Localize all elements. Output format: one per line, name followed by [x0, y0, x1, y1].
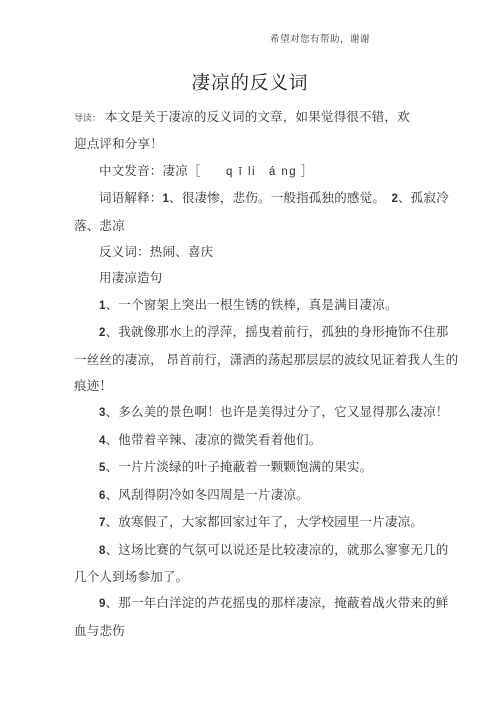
doc-line: 血与悲伤: [74, 618, 444, 644]
doc-line: 词语解释：1、很凄惨，悲伤。一般指孤独的感觉。 2、孤寂冷: [74, 185, 444, 212]
line-text: 、孤寂冷: [398, 191, 449, 205]
line-text: 用凄凉造句: [99, 271, 163, 285]
line-text: 迎点评和分享！: [74, 137, 163, 151]
line-text: 、风刮得阴冷如冬四周是一片凄凉。: [106, 488, 309, 502]
num-text: 6: [99, 490, 106, 502]
doc-line: 4、他带着辛辣、凄凉的微笑看着他们。: [74, 427, 444, 454]
header-note: 希望对您有帮助，谢谢: [270, 34, 370, 46]
line-text: 、多么美的景色啊！也许是美得过分了，它又显得那么凄凉！: [106, 405, 449, 419]
doc-line: 3、多么美的景色啊！也许是美得过分了，它又显得那么凄凉！: [74, 399, 444, 426]
doc-line: 痕迹！: [74, 373, 444, 399]
doc-line: 迎点评和分享！: [74, 131, 444, 157]
doc-body: 导读：本文是关于凄凉的反义词的文章，如果觉得很不错，欢迎点评和分享！中文发音：凄…: [74, 104, 444, 644]
doc-line: 落、悲凉: [74, 213, 444, 239]
pinyin-text: q ī li: [226, 166, 256, 178]
line-text: 中文发音：凄凉［: [99, 164, 226, 178]
line-text: 落、悲凉: [74, 219, 125, 233]
doc-line: 用凄凉造句: [74, 265, 444, 291]
doc-line: 1、一个窗架上突出一根生锈的铁棒，真是满目凄凉。: [74, 292, 444, 319]
doc-line: 反义词：热闹、喜庆: [74, 239, 444, 265]
line-text: 、这场比赛的气氛可以说还是比较凄凉的，就那么寥寥无几的: [106, 543, 449, 557]
num-text: 9: [99, 598, 106, 610]
line-text: 词语解释：: [99, 191, 163, 205]
num-text: 1: [99, 300, 106, 312]
doc-line: 5、一片片淡绿的叶子掩蔽着一颗颗饱满的果实。: [74, 454, 444, 481]
num-text: 2: [99, 327, 106, 339]
num-text: 8: [99, 545, 106, 557]
num-text: 7: [99, 517, 106, 529]
document-page: 希望对您有帮助，谢谢 凄凉的反义词 导读：本文是关于凄凉的反义词的文章，如果觉得…: [0, 0, 500, 708]
line-text: 、他带着辛辣、凄凉的微笑看着他们。: [106, 433, 322, 447]
doc-line: 2、我就像那水上的浮萍，摇曳着前行，孤独的身形掩饰不住那: [74, 319, 444, 346]
num-text: 5: [99, 462, 106, 474]
line-text: [256, 164, 269, 178]
doc-line: 中文发音：凄凉［ q ī li á ng ］: [74, 158, 444, 185]
lead-text: 导读：: [74, 113, 101, 123]
line-text: 、我就像那水上的浮萍，摇曳着前行，孤独的身形掩饰不住那: [106, 325, 449, 339]
num-text: 4: [99, 435, 106, 447]
doc-line: 7、放寒假了，大家都回家过年了，大学校园里一片凄凉。: [74, 509, 444, 536]
line-text: ］: [297, 164, 313, 178]
line-text: [379, 191, 392, 205]
doc-line: 导读：本文是关于凄凉的反义词的文章，如果觉得很不错，欢: [74, 104, 444, 131]
line-text: 、那一年白洋淀的芦花摇曳的那样凄凉，掩蔽着战火带来的鲜: [106, 596, 449, 610]
line-text: 一丝丝的凄凉， 昂首前行，潇洒的荡起那层层的波纹见证着我人生的: [74, 353, 458, 367]
doc-line: 8、这场比赛的气氛可以说还是比较凄凉的，就那么寥寥无几的: [74, 537, 444, 564]
line-text: 、一片片淡绿的叶子掩蔽着一颗颗饱满的果实。: [106, 460, 373, 474]
line-text: 、很凄惨，悲伤。一般指孤独的感觉。: [169, 191, 379, 205]
line-text: 本文是关于凄凉的反义词的文章，如果觉得很不错，欢: [105, 110, 410, 124]
line-text: 几个人到场参加了。: [74, 570, 188, 584]
doc-line: 6、风刮得阴冷如冬四周是一片凄凉。: [74, 482, 444, 509]
num-text: 3: [99, 407, 106, 419]
pinyin-text: á ng: [269, 166, 297, 178]
doc-line: 几个人到场参加了。: [74, 564, 444, 590]
line-text: 、一个窗架上突出一根生锈的铁棒，真是满目凄凉。: [106, 298, 398, 312]
doc-line: 9、那一年白洋淀的芦花摇曳的那样凄凉，掩蔽着战火带来的鲜: [74, 590, 444, 617]
line-text: 痕迹！: [74, 379, 112, 393]
doc-line: 一丝丝的凄凉， 昂首前行，潇洒的荡起那层层的波纹见证着我人生的: [74, 347, 444, 373]
line-text: 、放寒假了，大家都回家过年了，大学校园里一片凄凉。: [106, 515, 424, 529]
line-text: 血与悲伤: [74, 624, 125, 638]
page-title: 凄凉的反义词: [0, 71, 500, 97]
line-text: 反义词：热闹、喜庆: [99, 245, 213, 259]
